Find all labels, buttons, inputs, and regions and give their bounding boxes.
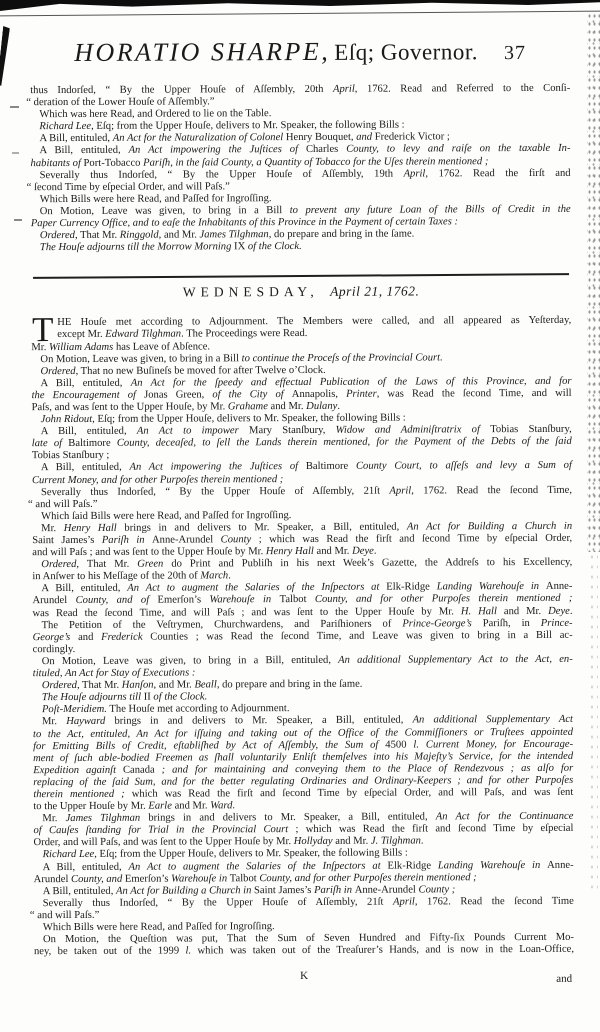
- section-rule: [33, 273, 569, 279]
- running-head: HORATIO SHARPE, Eſq; Governor. 37: [30, 36, 570, 68]
- text-line: Severally thus Indorſed, “ By the Upper …: [34, 896, 574, 910]
- page-number: 37: [504, 42, 526, 65]
- proceedings-april-21: T HE Houſe met according to Adjournment.…: [31, 315, 574, 958]
- scanned-document-page: { "colors": {"ink": "#1a1a1a", "paper": …: [0, 0, 600, 1032]
- text-line: A Bill, entituled, An Act impowering the…: [32, 460, 572, 474]
- page-footer: K and: [34, 969, 574, 987]
- text-line: George’s and Frederick Counties ; was Re…: [33, 630, 573, 644]
- date-label: April 21, 1762.: [330, 284, 419, 299]
- day-heading: WEDNESDAY, April 21, 1762.: [31, 283, 571, 301]
- text-line: therein mentioned ; which was Read the f…: [33, 787, 573, 801]
- text-line: On Motion, Leave was given, to bring in …: [33, 654, 573, 668]
- drop-cap: T: [31, 318, 54, 341]
- signature-mark: K: [34, 969, 574, 983]
- text-line: The Houſe adjourns till the Morrow Morni…: [31, 240, 571, 254]
- scan-artifact-top-line: [0, 11, 600, 17]
- text-line: Severally thus Indorſed, “ By the Upper …: [31, 167, 571, 181]
- proceedings-april-20: thus Indorſed, “ By the Upper Houſe of A…: [30, 83, 571, 255]
- text-line: ney, be taken out of the 1999 l. which w…: [34, 944, 574, 958]
- weekday-label: WEDNESDAY,: [183, 284, 319, 300]
- text-line: Severally thus Indorſed, “ By the Upper …: [32, 484, 572, 498]
- text-line: thus Indorſed, “ By the Upper Houſe of A…: [30, 83, 570, 97]
- document-page: HORATIO SHARPE, Eſq; Governor. 37 thus I…: [0, 36, 600, 988]
- governor-title: Eſq; Governor.: [334, 39, 478, 66]
- scan-artifact-top-bar: [0, 0, 600, 11]
- catchword: and: [556, 973, 572, 985]
- governor-name: HORATIO SHARPE,: [74, 37, 330, 68]
